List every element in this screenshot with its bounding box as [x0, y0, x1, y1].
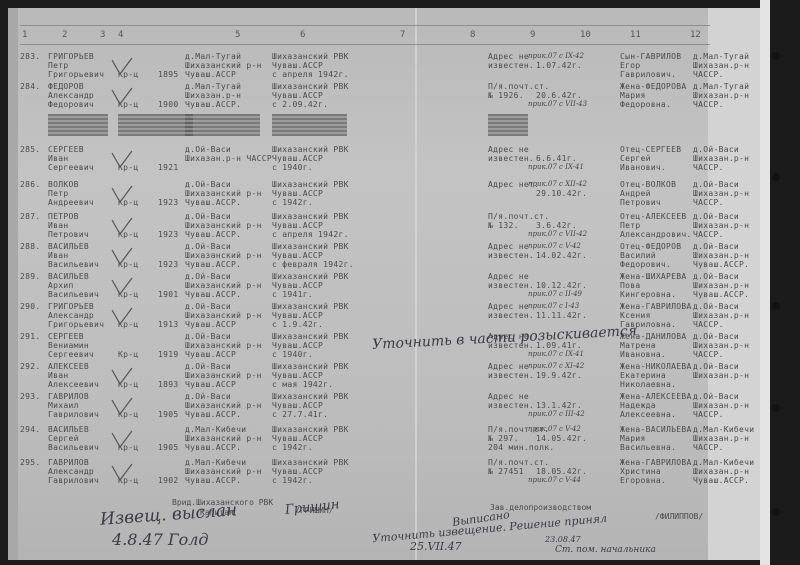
birth-year: 1919 — [158, 350, 178, 360]
checkmark-icon — [110, 86, 134, 106]
handwritten-order-note: прик.07 с XI-42 — [528, 362, 584, 370]
checkmark-icon — [110, 184, 134, 204]
kin-address: ЧАССР. — [693, 410, 724, 420]
handwritten-order-note: прик.07 с VII-42 — [528, 230, 587, 238]
checkmark-icon — [110, 246, 134, 266]
kin-address: Чуваш.АССР. — [693, 260, 749, 270]
row-number: 293. — [20, 392, 40, 402]
draft-office: с 27.7.41г. — [272, 410, 328, 420]
birth-year: 1913 — [158, 320, 178, 330]
kin-address: ЧАССР. — [693, 198, 724, 208]
clerk-name: /ФИЛИППОВ/ — [655, 512, 703, 521]
column-header: 1 — [22, 30, 27, 40]
struck-entry — [185, 114, 260, 136]
draft-office: с 1940г. — [272, 350, 313, 360]
birthplace: Чуваш.АССР — [185, 70, 236, 80]
header-rule — [20, 25, 710, 26]
next-of-kin: Николаевна. — [620, 380, 676, 390]
punch-hole-icon — [772, 508, 780, 516]
struck-entry — [272, 114, 347, 136]
kin-address: ЧАССР. — [693, 163, 724, 173]
person-name: Алексеевич — [48, 380, 99, 390]
handwritten-date: 23.08.47 — [545, 535, 581, 544]
kin-address: ЧАССР. — [693, 100, 724, 110]
birth-year: 1923 — [158, 260, 178, 270]
column-header: 10 — [580, 30, 591, 40]
person-name: Сергеевич — [48, 163, 94, 173]
row-number: 288. — [20, 242, 40, 252]
handwritten-order-note: прик.07 с I-43 — [528, 302, 579, 310]
birthplace: Чуваш.АССР. — [185, 260, 241, 270]
handwritten-order-note: прик.07 с V-44 — [528, 476, 581, 484]
handwritten-signature: Ст. пом. начальника — [555, 545, 656, 555]
column-header: 2 — [62, 30, 67, 40]
handwritten-date: 25.VII.47 — [410, 540, 462, 553]
unit-address: № 1926. — [488, 91, 524, 101]
row-number: 285. — [20, 145, 40, 155]
person-name: Федорович — [48, 100, 94, 110]
next-of-kin: Кингеровна. — [620, 290, 676, 300]
draft-office: с 1940г. — [272, 163, 313, 173]
row-number: 289. — [20, 272, 40, 282]
column-header: 12 — [690, 30, 701, 40]
birthplace: Чуваш.АССР — [185, 350, 236, 360]
handwritten-order-note: прик.07 с XII-42 — [528, 180, 587, 188]
header-rule — [20, 44, 710, 45]
next-of-kin: Васильевна. — [620, 443, 676, 453]
struck-entry — [118, 114, 193, 136]
loss-date: 14.02.42г. — [536, 251, 587, 261]
checkmark-icon — [110, 396, 134, 416]
checkmark-icon — [110, 216, 134, 236]
birthplace: Чуваш.АССР. — [185, 443, 241, 453]
scan-edge — [770, 0, 800, 565]
kin-address: Чуваш.АССР. — [693, 476, 749, 486]
checkmark-icon — [110, 276, 134, 296]
person-name: Григорьевич — [48, 70, 104, 80]
checkmark-icon — [110, 306, 134, 326]
loss-date: 1.07.42г. — [536, 61, 582, 71]
birthplace: Чуваш.АССР. — [185, 230, 241, 240]
draft-office: с 1942г. — [272, 476, 313, 486]
column-header: 5 — [235, 30, 240, 40]
column-header: 3 — [100, 30, 105, 40]
next-of-kin: Алексеевна. — [620, 410, 676, 420]
next-of-kin: Ивановна. — [620, 350, 666, 360]
person-name: Васильевич — [48, 443, 99, 453]
unit-address: известен. — [488, 61, 534, 71]
kin-address: ЧАССР. — [693, 320, 724, 330]
loss-date: 29.10.42г. — [536, 189, 587, 199]
unit-address: известен. — [488, 311, 534, 321]
unit-address: № 27451 — [488, 467, 524, 477]
row-number: 283. — [20, 52, 40, 62]
person-name: Петрович — [48, 230, 89, 240]
handwritten-order-note: прик.07 с VII-43 — [528, 100, 587, 108]
birth-year: 1900 — [158, 100, 178, 110]
sheet-edge — [8, 8, 18, 560]
birthplace: Чуваш.АССР — [185, 320, 236, 330]
row-number: 290. — [20, 302, 40, 312]
next-of-kin: Федорович. — [620, 260, 671, 270]
kin-address: ЧАССР. — [693, 350, 724, 360]
column-header: 9 — [530, 30, 535, 40]
handwritten-order-note: прик.07 с III-42 — [528, 410, 585, 418]
birthplace: Чуваш.АССР. — [185, 476, 241, 486]
struck-entry — [48, 114, 108, 136]
handwritten-order-note: прик.07 с V-42 — [528, 425, 581, 433]
draft-office: с февраля 1942г. — [272, 260, 354, 270]
birthplace: Чуваш.АССР. — [185, 410, 241, 420]
birth-year: 1901 — [158, 290, 178, 300]
checkmark-icon — [110, 149, 134, 169]
birthplace: Чуваш.АССР. — [185, 198, 241, 208]
handwritten-order-note: прик.07 с IX-41 — [528, 163, 584, 171]
person-name: Сергеевич — [48, 350, 94, 360]
next-of-kin: Гаврилович. — [620, 70, 676, 80]
next-of-kin: Петрович — [620, 198, 661, 208]
checkmark-icon — [110, 429, 134, 449]
punch-hole-icon — [772, 404, 780, 412]
column-header: 11 — [630, 30, 641, 40]
kin-address: ЧАССР. — [693, 230, 724, 240]
birthplace: Чуваш.АССР — [185, 380, 236, 390]
kin-address: ЧАССР. — [693, 70, 724, 80]
loss-date: 14.05.42г. — [536, 434, 587, 444]
person-name: Васильевич — [48, 290, 99, 300]
checkmark-icon — [110, 366, 134, 386]
kin-address: Чуваш.АССР. — [693, 290, 749, 300]
draft-office: с мая 1942г. — [272, 380, 333, 390]
punch-hole-icon — [772, 302, 780, 310]
unit-address: известен. — [488, 371, 534, 381]
handwritten-order-note: прик.07 с IX-42 — [528, 52, 584, 60]
row-number: 287. — [20, 212, 40, 222]
row-number: 291. — [20, 332, 40, 342]
birth-year: 1923 — [158, 230, 178, 240]
rank: Кр-ц — [118, 350, 138, 360]
row-number: 284. — [20, 82, 40, 92]
punch-hole-icon — [772, 52, 780, 60]
punch-hole-icon — [772, 173, 780, 181]
handwritten-order-note: прик.07 с IX-41 — [528, 350, 584, 358]
handwritten-order-note: прик.07 с V-42 — [528, 242, 581, 250]
draft-office: с апреля 1942г. — [272, 70, 349, 80]
kin-address: ЧАССР. — [693, 443, 724, 453]
column-header: 8 — [470, 30, 475, 40]
birth-year: 1905 — [158, 410, 178, 420]
row-number: 295. — [20, 458, 40, 468]
column-header: 6 — [300, 30, 305, 40]
birth-year: 1895 — [158, 70, 178, 80]
birthplace: Шихазан.р-н ЧАССР — [185, 154, 272, 164]
loss-date: 11.11.42г. — [536, 311, 587, 321]
row-number: 294. — [20, 425, 40, 435]
row-number: 292. — [20, 362, 40, 372]
draft-office: с 1942г. — [272, 198, 313, 208]
birth-year: 1921 — [158, 163, 178, 173]
next-of-kin: Федоровна. — [620, 100, 671, 110]
person-name: Андреевич — [48, 198, 94, 208]
kin-address: Шихазан.р-н — [693, 371, 749, 381]
unit-address: известен. — [488, 251, 534, 261]
checkmark-icon — [110, 462, 134, 482]
person-name: Гаврилович — [48, 476, 99, 486]
birthplace: Чуваш.АССР. — [185, 290, 241, 300]
birth-year: 1923 — [158, 198, 178, 208]
draft-office: с 1.9.42г. — [272, 320, 323, 330]
next-of-kin: Егоровна. — [620, 476, 666, 486]
birthplace: Чуваш.АССР. — [185, 100, 241, 110]
handwritten-date: 4.8.47 Голд — [112, 530, 209, 549]
draft-office: с 1942г. — [272, 443, 313, 453]
draft-office: с 2.09.42г. — [272, 100, 328, 110]
row-number: 286. — [20, 180, 40, 190]
struck-entry — [488, 114, 528, 136]
handwritten-order-note: прик.07 с II-49 — [528, 290, 582, 298]
birth-year: 1905 — [158, 443, 178, 453]
loss-date: 19.9.42г. — [536, 371, 582, 381]
draft-office: с апреля 1942г. — [272, 230, 349, 240]
next-of-kin: Иванович. — [620, 163, 666, 173]
unit-address: 204 мин.полк. — [488, 443, 555, 453]
unit-address: № 132. — [488, 221, 519, 231]
draft-office: с 1941г. — [272, 290, 313, 300]
column-header: 4 — [118, 30, 123, 40]
person-name: Гаврилович — [48, 410, 99, 420]
page-fold — [415, 8, 417, 560]
checkmark-icon — [110, 56, 134, 76]
person-name: Григорьевич — [48, 320, 104, 330]
next-of-kin: Александрович. — [620, 230, 692, 240]
column-header: 7 — [400, 30, 405, 40]
birth-year: 1902 — [158, 476, 178, 486]
birth-year: 1893 — [158, 380, 178, 390]
person-name: Васильевич — [48, 260, 99, 270]
